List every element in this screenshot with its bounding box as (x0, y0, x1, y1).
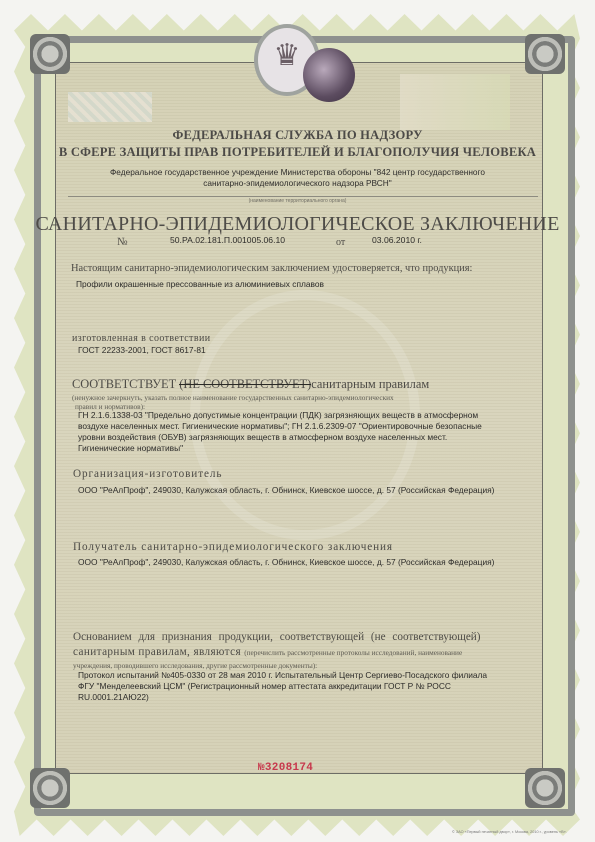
certificate-number: 50.РА.02.181.П.001005.06.10 (170, 235, 285, 245)
issuer-underline (68, 196, 538, 197)
watermark-patch (400, 74, 510, 130)
recipient-value: ООО "РеАлПроф", 249030, Калужская област… (78, 557, 494, 567)
rules-line: Гигиенические нормативы" (78, 443, 183, 453)
standards-value: ГОСТ 22233-2001, ГОСТ 8617-81 (78, 345, 206, 355)
basis-value-line: RU.0001.21АЮ22) (78, 692, 149, 702)
manufacturer-value: ООО "РеАлПроф", 249030, Калужская област… (78, 485, 494, 495)
complies-text: СООТВЕТСТВУЕТ (72, 377, 176, 391)
rules-line: воздухе населенных мест. Гигиенические н… (78, 421, 482, 431)
ornament-corner-icon (30, 768, 70, 808)
not-complies-struck-text: (НЕ СООТВЕТСТВУЕТ) (179, 377, 311, 391)
rules-line: ГН 2.1.6.1338-03 "Предельно допустимые к… (78, 410, 478, 420)
issuer-line2: санитарно-эпидемиологического надзора РВ… (0, 178, 595, 188)
issuer-line1: Федеральное государственное учреждение М… (0, 167, 595, 177)
agency-name-line1: ФЕДЕРАЛЬНАЯ СЛУЖБА ПО НАДЗОРУ (0, 128, 595, 143)
agency-name-line2: В СФЕРЕ ЗАЩИТЫ ПРАВ ПОТРЕБИТЕЛЕЙ И БЛАГО… (0, 145, 595, 160)
date-label: от (336, 237, 345, 248)
product-intro: Настоящим санитарно-эпидемиологическим з… (71, 263, 472, 274)
basis-value-line: ФГУ "Менделеевский ЦСМ" (Регистрационный… (78, 681, 451, 691)
issuer-caption: (наименование территориального органа) (0, 198, 595, 204)
basis-label-line2: санитарным правилам, являются (перечисли… (73, 646, 462, 658)
basis-label-line1: Основанием для признания продукции, соот… (73, 631, 481, 643)
sanitary-rules-label: санитарным правилам (311, 377, 429, 391)
form-serial-number: №3208174 (258, 762, 313, 774)
recipient-label: Получатель санитарно-эпидемиологического… (73, 541, 393, 553)
certificate-date: 03.06.2010 г. (372, 235, 422, 245)
basis-note-line2: учреждения, проводившего исследования, д… (73, 661, 317, 670)
basis-label-text: санитарным правилам, являются (73, 646, 241, 658)
printer-imprint: © ЗАО «Первый печатный двор», г. Москва,… (452, 830, 567, 834)
compliance-line: СООТВЕТСТВУЕТ (НЕ СООТВЕТСТВУЕТ)санитарн… (72, 377, 429, 392)
rules-line: уровни воздействия (ОБУВ) загрязняющих в… (78, 432, 447, 442)
manufacturer-label: Организация-изготовитель (73, 468, 222, 480)
hologram-seal-icon (303, 48, 355, 102)
ornament-corner-icon (30, 34, 70, 74)
made-according-label: изготовленная в соответствии (72, 333, 210, 344)
number-label: № (117, 236, 128, 248)
compliance-note-line1: (ненужное зачеркнуть, указать полное наи… (72, 393, 394, 402)
ornament-corner-icon (525, 768, 565, 808)
product-name: Профили окрашенные прессованные из алюми… (76, 279, 324, 289)
basis-value-line: Протокол испытаний №405-0330 от 28 мая 2… (78, 670, 487, 680)
hologram-strip (68, 92, 152, 122)
document-title: САНИТАРНО-ЭПИДЕМИОЛОГИЧЕСКОЕ ЗАКЛЮЧЕНИЕ (0, 213, 595, 236)
basis-note-line1: (перечислить рассмотренные протоколы исс… (244, 648, 462, 657)
ornament-corner-icon (525, 34, 565, 74)
